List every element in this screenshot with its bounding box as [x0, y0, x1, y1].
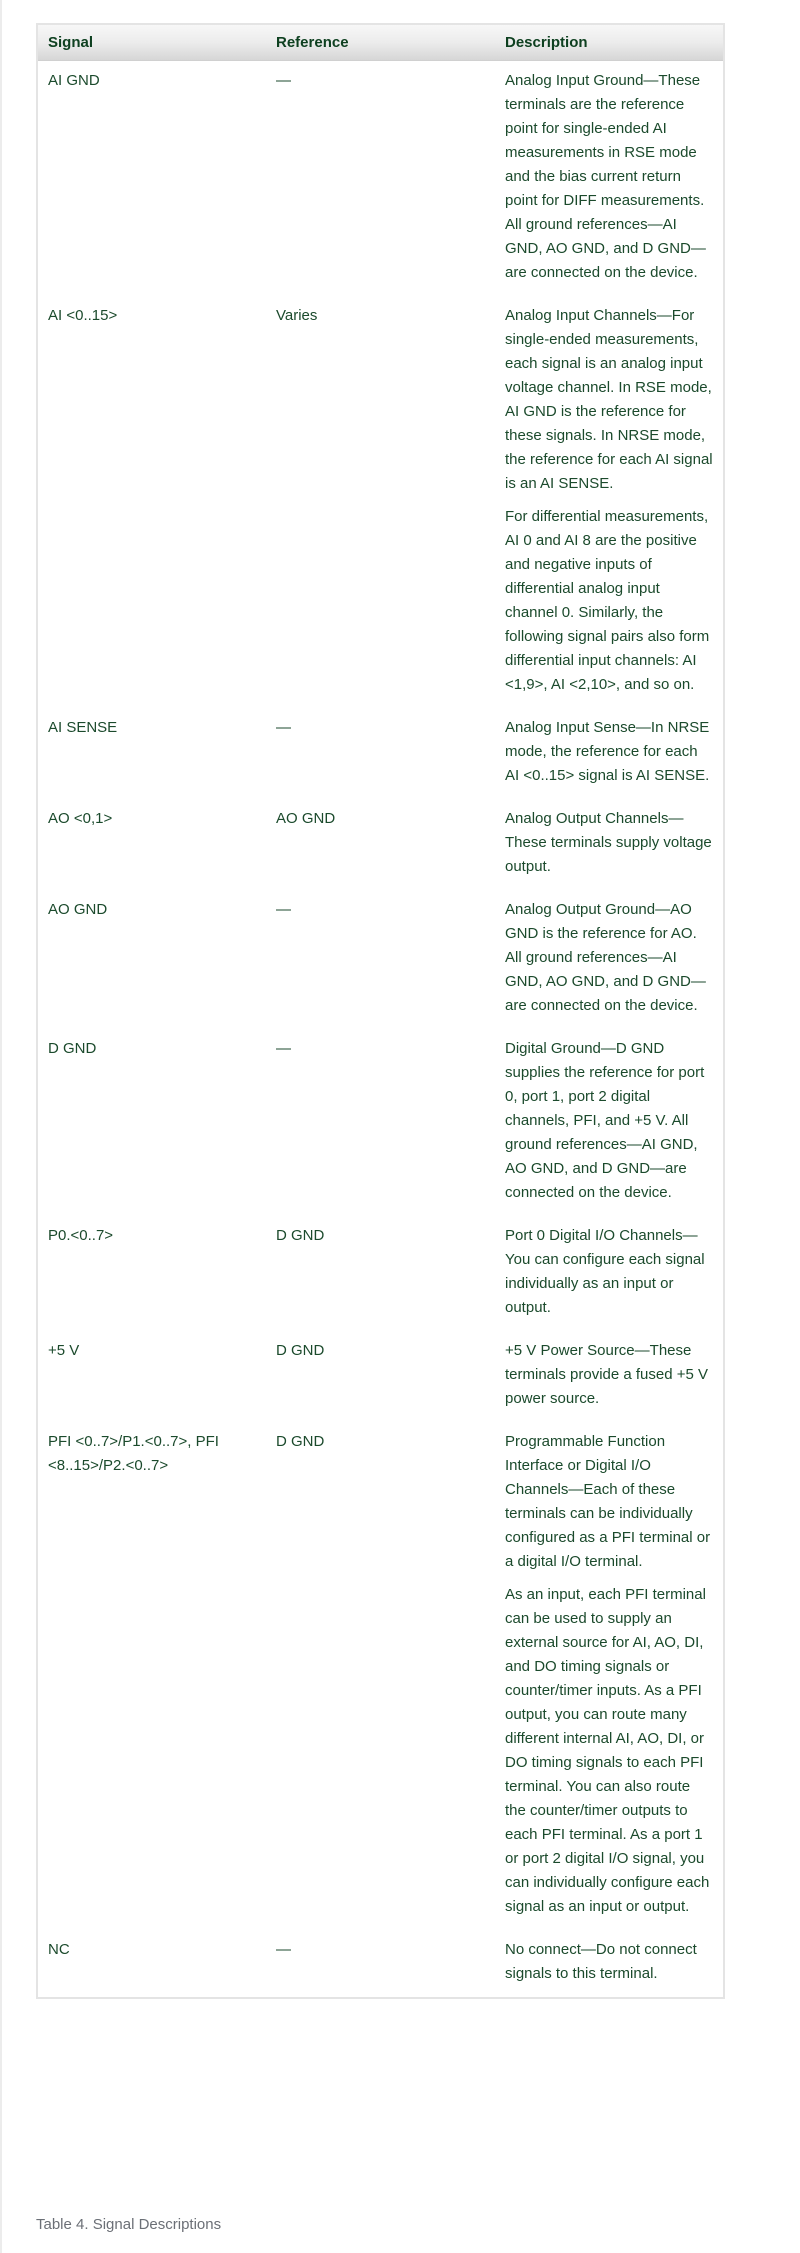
- signal-cell: AI GND: [37, 61, 266, 297]
- description-paragraph: Programmable Function Interface or Digit…: [505, 1430, 715, 1574]
- reference-cell: —: [266, 1930, 495, 1998]
- signal-cell: P0.<0..7>: [37, 1216, 266, 1331]
- description-cell: +5 V Power Source—These terminals provid…: [495, 1331, 724, 1422]
- signal-cell: AI SENSE: [37, 708, 266, 799]
- description-paragraph: Analog Output Channels—These terminals s…: [505, 807, 715, 879]
- table-row: P0.<0..7>D GNDPort 0 Digital I/O Channel…: [37, 1216, 724, 1331]
- description-paragraph: As an input, each PFI terminal can be us…: [505, 1583, 715, 1919]
- description-cell: Analog Output Channels—These terminals s…: [495, 799, 724, 890]
- table-row: AO <0,1>AO GNDAnalog Output Channels—The…: [37, 799, 724, 890]
- description-cell: Analog Output Ground—AO GND is the refer…: [495, 890, 724, 1029]
- description-paragraph: Port 0 Digital I/O Channels—You can conf…: [505, 1224, 715, 1320]
- table-row: +5 VD GND+5 V Power Source—These termina…: [37, 1331, 724, 1422]
- reference-cell: D GND: [266, 1331, 495, 1422]
- table-row: AI GND—Analog Input Ground—These termina…: [37, 61, 724, 297]
- signal-cell: AO <0,1>: [37, 799, 266, 890]
- signal-descriptions-table: Signal Reference Description AI GND—Anal…: [36, 23, 725, 1999]
- description-paragraph: Analog Input Channels—For single-ended m…: [505, 304, 715, 496]
- table-caption: Table 4. Signal Descriptions: [36, 2214, 221, 2236]
- reference-cell: —: [266, 1029, 495, 1216]
- page-edge: [0, 0, 2, 2253]
- signal-cell: PFI <0..7>/P1.<0..7>, PFI <8..15>/P2.<0.…: [37, 1422, 266, 1930]
- description-paragraph: Analog Input Ground—These terminals are …: [505, 69, 715, 285]
- table-header: Signal Reference Description: [37, 24, 724, 61]
- column-header-signal: Signal: [37, 24, 266, 61]
- description-paragraph: Analog Output Ground—AO GND is the refer…: [505, 898, 715, 1018]
- table-header-row: Signal Reference Description: [37, 24, 724, 61]
- reference-cell: D GND: [266, 1422, 495, 1930]
- signal-cell: AI <0..15>: [37, 296, 266, 708]
- table-row: PFI <0..7>/P1.<0..7>, PFI <8..15>/P2.<0.…: [37, 1422, 724, 1930]
- table-row: AI <0..15>VariesAnalog Input Channels—Fo…: [37, 296, 724, 708]
- column-header-description: Description: [495, 24, 724, 61]
- table-row: D GND—Digital Ground—D GND supplies the …: [37, 1029, 724, 1216]
- reference-cell: —: [266, 890, 495, 1029]
- signal-cell: +5 V: [37, 1331, 266, 1422]
- description-cell: Analog Input Sense—In NRSE mode, the ref…: [495, 708, 724, 799]
- table-row: AI SENSE—Analog Input Sense—In NRSE mode…: [37, 708, 724, 799]
- description-cell: Analog Input Ground—These terminals are …: [495, 61, 724, 297]
- description-paragraph: Analog Input Sense—In NRSE mode, the ref…: [505, 716, 715, 788]
- reference-cell: Varies: [266, 296, 495, 708]
- description-paragraph: +5 V Power Source—These terminals provid…: [505, 1339, 715, 1411]
- description-cell: Digital Ground—D GND supplies the refere…: [495, 1029, 724, 1216]
- reference-cell: —: [266, 61, 495, 297]
- description-cell: Port 0 Digital I/O Channels—You can conf…: [495, 1216, 724, 1331]
- table-body: AI GND—Analog Input Ground—These termina…: [37, 61, 724, 1999]
- signal-descriptions-table-container: Signal Reference Description AI GND—Anal…: [36, 23, 723, 1999]
- description-paragraph: For differential measurements, AI 0 and …: [505, 505, 715, 697]
- description-paragraph: No connect—Do not connect signals to thi…: [505, 1938, 715, 1986]
- table-row: AO GND—Analog Output Ground—AO GND is th…: [37, 890, 724, 1029]
- reference-cell: —: [266, 708, 495, 799]
- table-row: NC—No connect—Do not connect signals to …: [37, 1930, 724, 1998]
- signal-cell: NC: [37, 1930, 266, 1998]
- reference-cell: AO GND: [266, 799, 495, 890]
- description-cell: Analog Input Channels—For single-ended m…: [495, 296, 724, 708]
- description-cell: No connect—Do not connect signals to thi…: [495, 1930, 724, 1998]
- column-header-reference: Reference: [266, 24, 495, 61]
- signal-cell: AO GND: [37, 890, 266, 1029]
- description-paragraph: Digital Ground—D GND supplies the refere…: [505, 1037, 715, 1205]
- reference-cell: D GND: [266, 1216, 495, 1331]
- description-cell: Programmable Function Interface or Digit…: [495, 1422, 724, 1930]
- signal-cell: D GND: [37, 1029, 266, 1216]
